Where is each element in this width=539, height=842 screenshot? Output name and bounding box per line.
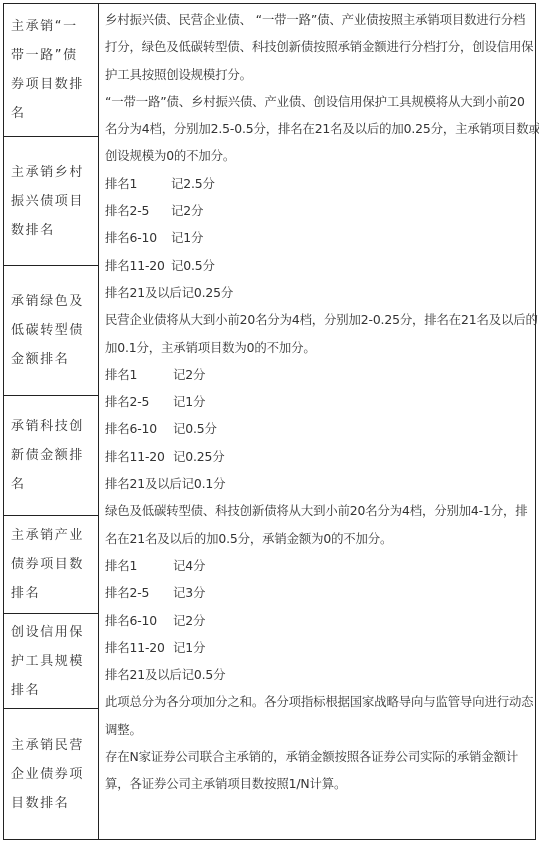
rank-label: 排名6-10 [105,224,171,251]
rank-score: 记0.25分 [173,443,224,470]
notes-line: 调整。 [105,716,529,743]
rank-score: 记2分 [173,607,205,634]
rank-label: 排名6-10 [105,415,173,442]
row-header-credit-protection: 创设信用保护工具规模排名 [4,614,98,709]
row-header-label: 承销绿色及低碳转型债金额排名 [11,287,92,374]
scoring-rules-cell: 乡村振兴债、民营企业债、 “一带一路”债、产业债按照主承销项目数进行分档 打分，… [99,4,535,839]
rank-tail: 排名21及以后记0.1分 [105,470,529,497]
rank-label: 排名11-20 [105,634,173,661]
rank-row: 排名6-10 记1分 [105,224,529,251]
rank-score: 记4分 [173,552,205,579]
group3-desc: 绿色及低碳转型债、科技创新债将从大到小前20名分为4档，分别加4-1分，排 [105,497,529,524]
rank-row: 排名6-10 记0.5分 [105,415,529,442]
notes-line: 算，各证券公司主承销项目数按照1/N计算。 [105,770,529,797]
intro-line: 打分，绿色及低碳转型债、科技创新债按照承销金额进行分档打分，创设信用保 [105,33,529,60]
notes-line: 存在N家证券公司联合主承销的，承销金额按照各证券公司实际的承销金额计 [105,743,529,770]
rank-score: 记0.5分 [173,415,217,442]
row-header-rural-revitalization: 主承销乡村振兴债项目数排名 [4,137,98,266]
rank-score: 记2分 [171,197,203,224]
rank-tail: 排名21及以后记0.5分 [105,661,529,688]
rank-score: 记1分 [173,388,205,415]
rank-row: 排名1 记4分 [105,552,529,579]
row-header-private-enterprise: 主承销民营企业债券项目数排名 [4,709,98,839]
rank-label: 排名2-5 [105,197,171,224]
rank-score: 记1分 [173,634,205,661]
rank-row: 排名6-10 记2分 [105,607,529,634]
rank-label: 排名2-5 [105,579,173,606]
rank-row: 排名1 记2.5分 [105,170,529,197]
rank-tail: 排名21及以后记0.25分 [105,279,529,306]
row-header-tech-innovation: 承销科技创新债金额排名 [4,396,98,516]
group1-desc: 名分为4档，分别加2.5-0.5分，排名在21名及以后的加0.25分，主承销项目… [105,115,529,142]
rank-row: 排名11-20 记1分 [105,634,529,661]
rank-row: 排名1 记2分 [105,361,529,388]
group2-desc: 民营企业债将从大到小前20名分为4档，分别加2-0.25分，排名在21名及以后的 [105,306,529,333]
rank-row: 排名2-5 记1分 [105,388,529,415]
row-header-industry-bond: 主承销产业债券项目数排名 [4,516,98,614]
row-header-label: 主承销乡村振兴债项目数排名 [11,158,92,245]
row-header-label: 主承销产业债券项目数排名 [11,521,92,608]
rank-score: 记2.5分 [171,170,215,197]
rank-row: 排名2-5 记2分 [105,197,529,224]
row-header-column: 主承销“一带一路”债券项目数排名 主承销乡村振兴债项目数排名 承销绿色及低碳转型… [4,4,99,839]
intro-line: 护工具按照创设规模打分。 [105,61,529,88]
row-header-green-low-carbon: 承销绿色及低碳转型债金额排名 [4,266,98,396]
rank-label: 排名11-20 [105,443,173,470]
notes-line: 此项总分为各分项加分之和。各分项指标根据国家战略导向与监管导向进行动态 [105,688,529,715]
row-header-label: 承销科技创新债金额排名 [11,412,92,499]
rank-score: 记3分 [173,579,205,606]
rank-row: 排名11-20 记0.25分 [105,443,529,470]
group2-desc: 加0.1分，主承销项目数为0的不加分。 [105,334,529,361]
row-header-belt-and-road: 主承销“一带一路”债券项目数排名 [4,4,98,137]
rank-row: 排名2-5 记3分 [105,579,529,606]
group1-desc: “一带一路”债、乡村振兴债、产业债、创设信用保护工具规模将从大到小前20 [105,88,529,115]
row-header-label: 主承销民营企业债券项目数排名 [11,731,92,818]
intro-line: 乡村振兴债、民营企业债、 “一带一路”债、产业债按照主承销项目数进行分档 [105,6,529,33]
rank-label: 排名1 [105,552,173,579]
rank-score: 记1分 [171,224,203,251]
rank-row: 排名11-20 记0.5分 [105,252,529,279]
rank-label: 排名11-20 [105,252,171,279]
rank-label: 排名1 [105,361,173,388]
row-header-label: 主承销“一带一路”债券项目数排名 [11,12,92,128]
rank-score: 记2分 [173,361,205,388]
rank-score: 记0.5分 [171,252,215,279]
scoring-table: 主承销“一带一路”债券项目数排名 主承销乡村振兴债项目数排名 承销绿色及低碳转型… [3,3,536,840]
group3-desc: 名在21名及以后的加0.5分，承销金额为0的不加分。 [105,525,529,552]
group1-desc: 创设规模为0的不加分。 [105,142,529,169]
rank-label: 排名1 [105,170,171,197]
rank-label: 排名6-10 [105,607,173,634]
row-header-label: 创设信用保护工具规模排名 [11,618,92,705]
rank-label: 排名2-5 [105,388,173,415]
